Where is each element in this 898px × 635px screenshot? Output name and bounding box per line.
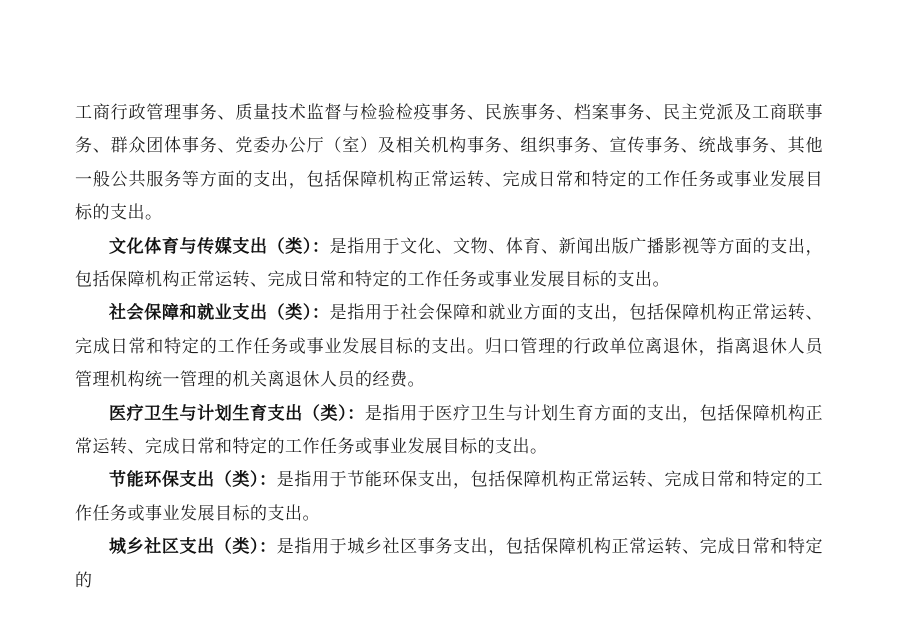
document-page: 工商行政管理事务、质量技术监督与检验检疫事务、民族事务、档案事务、民主党派及工商… <box>0 0 898 635</box>
paragraph-text: 工商行政管理事务、质量技术监督与检验检疫事务、民族事务、档案事务、民主党派及工商… <box>75 103 823 222</box>
paragraph-lead: 医疗卫生与计划生育支出（类）： <box>109 404 365 423</box>
paragraph-lead: 节能环保支出（类）： <box>109 470 277 489</box>
paragraph-continuation: 工商行政管理事务、质量技术监督与检验检疫事务、民族事务、档案事务、民主党派及工商… <box>75 96 823 230</box>
paragraph-lead: 文化体育与传媒支出（类）： <box>109 237 330 256</box>
paragraph-lead: 城乡社区支出（类）： <box>109 537 277 556</box>
paragraph-culture-sports-media: 文化体育与传媒支出（类）：是指用于文化、文物、体育、新闻出版广播影视等方面的支出… <box>75 230 823 297</box>
paragraph-energy-environment: 节能环保支出（类）：是指用于节能环保支出，包括保障机构正常运转、完成日常和特定的… <box>75 463 823 530</box>
paragraph-lead: 社会保障和就业支出（类）： <box>109 303 330 322</box>
paragraph-health-family-planning: 医疗卫生与计划生育支出（类）：是指用于医疗卫生与计划生育方面的支出，包括保障机构… <box>75 397 823 464</box>
paragraph-urban-rural-community: 城乡社区支出（类）：是指用于城乡社区事务支出，包括保障机构正常运转、完成日常和特… <box>75 530 823 597</box>
document-text-block: 工商行政管理事务、质量技术监督与检验检疫事务、民族事务、档案事务、民主党派及工商… <box>75 96 823 597</box>
paragraph-social-security-employment: 社会保障和就业支出（类）：是指用于社会保障和就业方面的支出，包括保障机构正常运转… <box>75 296 823 396</box>
